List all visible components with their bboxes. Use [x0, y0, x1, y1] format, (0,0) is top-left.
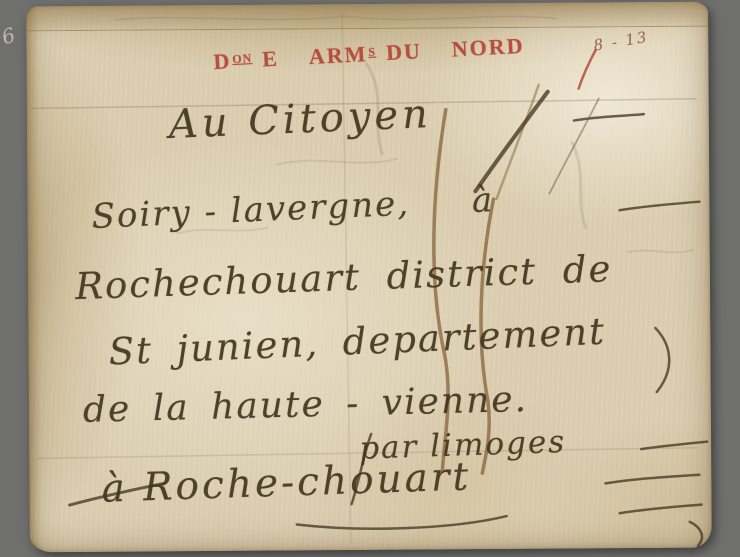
stamp-sup-s: S	[368, 45, 376, 60]
red-stamp-slash	[578, 50, 595, 88]
address-line-rochechouart-district: Rochechouart district de	[74, 247, 613, 308]
show-through-mark-2	[277, 159, 397, 165]
underline-roche-chouart	[297, 516, 507, 529]
stamp-group-arms-du: ARMSDU	[308, 38, 422, 70]
stamp-sup-on: ON	[232, 51, 253, 67]
address-line-roche-chouart: à Roche-chouart	[101, 454, 472, 511]
bracket-flourish-line4	[655, 328, 669, 392]
rate-marking-tail	[496, 85, 540, 199]
army-postmark-stamp: DONE ARMSDU NORD	[213, 33, 525, 75]
stamp-text-e: E	[262, 46, 280, 73]
letter-paper: DONE ARMSDU NORD 8 - 13 Au Citoyen Soiry…	[26, 2, 712, 553]
stamp-group-nord: NORD	[451, 33, 525, 63]
dash-right-1	[641, 442, 707, 449]
folded-top-edge	[26, 2, 708, 32]
ink-slash-faint	[549, 98, 600, 193]
address-line-au-citoyen: Au Citoyen	[168, 91, 433, 148]
ink-slash-through-citoyen	[475, 92, 549, 192]
address-line-name: Soiry - lavergne, à	[91, 180, 495, 237]
red-slash-after-nord	[578, 50, 595, 88]
stamp-group-don-e: DONE	[213, 46, 280, 75]
dash-after-line1	[574, 114, 644, 120]
dash-right-3	[620, 505, 702, 514]
manuscript-number: 8 - 13	[592, 28, 649, 55]
dash-after-line2	[619, 202, 699, 211]
photo-background: 6	[0, 0, 740, 557]
show-through-mark-3	[572, 142, 586, 227]
worn-left-edge	[26, 6, 42, 552]
stamp-text-d: D	[213, 48, 232, 75]
stamp-text-du: DU	[385, 38, 422, 66]
stamp-text-nord: NORD	[451, 33, 525, 63]
curl-bottom-right	[690, 522, 702, 546]
dash-right-2	[605, 475, 699, 484]
left-edge-pencil-mark: 6	[0, 23, 18, 50]
show-through-mark-4	[628, 250, 693, 253]
addressee-name: Soiry - lavergne,	[91, 184, 411, 237]
address-a-particle: à	[471, 180, 495, 221]
address-line-haute-vienne: de la haute - vienne.	[82, 379, 528, 431]
address-line-st-junien: St junien, departement	[108, 310, 607, 374]
stamp-text-arm: ARM	[308, 41, 368, 70]
